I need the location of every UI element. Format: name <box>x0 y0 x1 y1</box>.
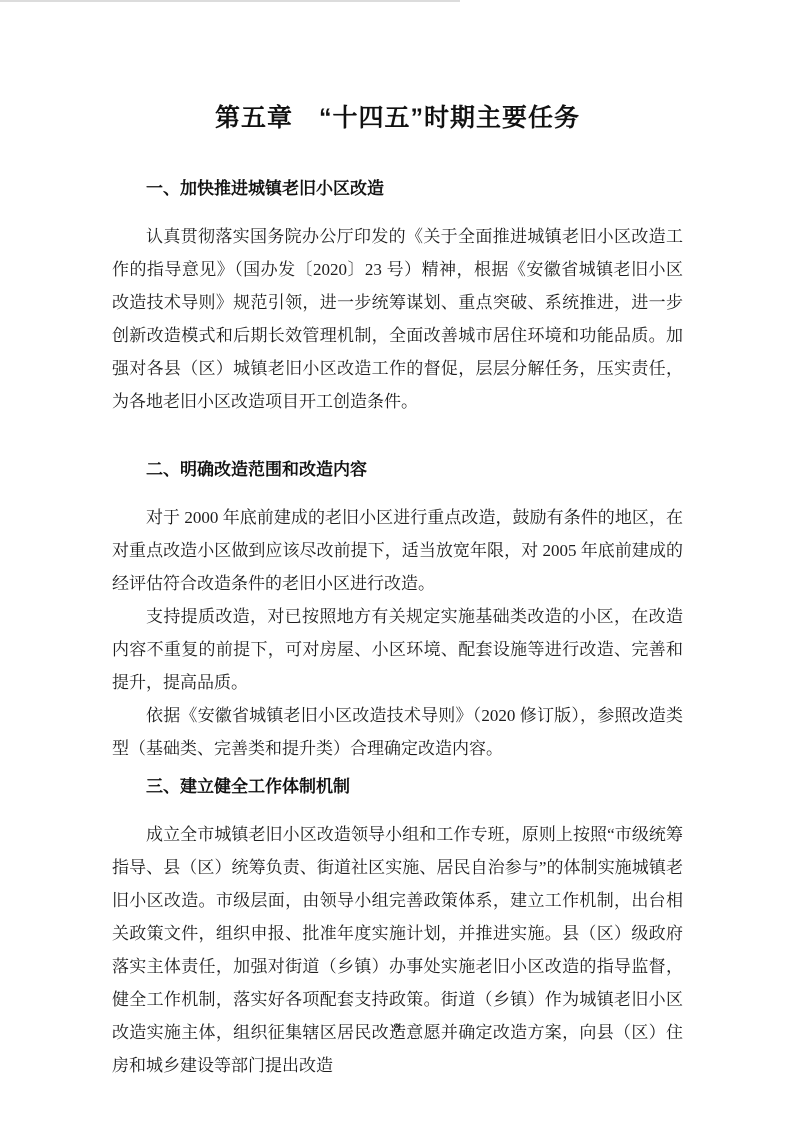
paragraph: 依据《安徽省城镇老旧小区改造技术导则》（2020 修订版），参照改造类型（基础类… <box>112 699 683 765</box>
page-number: 8 <box>0 1020 793 1036</box>
paragraph: 认真贯彻落实国务院办公厅印发的《关于全面推进城镇老旧小区改造工作的指导意见》（国… <box>112 220 683 418</box>
paragraph: 成立全市城镇老旧小区改造领导小组和工作专班，原则上按照“市级统筹指导、县（区）统… <box>112 818 683 1082</box>
document-body: 第五章 “十四五”时期主要任务 一、加快推进城镇老旧小区改造 认真贯彻落实国务院… <box>112 0 683 1082</box>
paragraph: 支持提质改造，对已按照地方有关规定实施基础类改造的小区，在改造内容不重复的前提下… <box>112 600 683 699</box>
chapter-title: 第五章 “十四五”时期主要任务 <box>112 99 683 137</box>
section-heading-2: 二、明确改造范围和改造内容 <box>112 458 683 481</box>
section-heading-3: 三、建立健全工作体制机制 <box>112 775 683 798</box>
paragraph: 对于 2000 年底前建成的老旧小区进行重点改造，鼓励有条件的地区，在对重点改造… <box>112 501 683 600</box>
document-page: 第五章 “十四五”时期主要任务 一、加快推进城镇老旧小区改造 认真贯彻落实国务院… <box>0 0 793 1122</box>
section-heading-1: 一、加快推进城镇老旧小区改造 <box>112 177 683 200</box>
